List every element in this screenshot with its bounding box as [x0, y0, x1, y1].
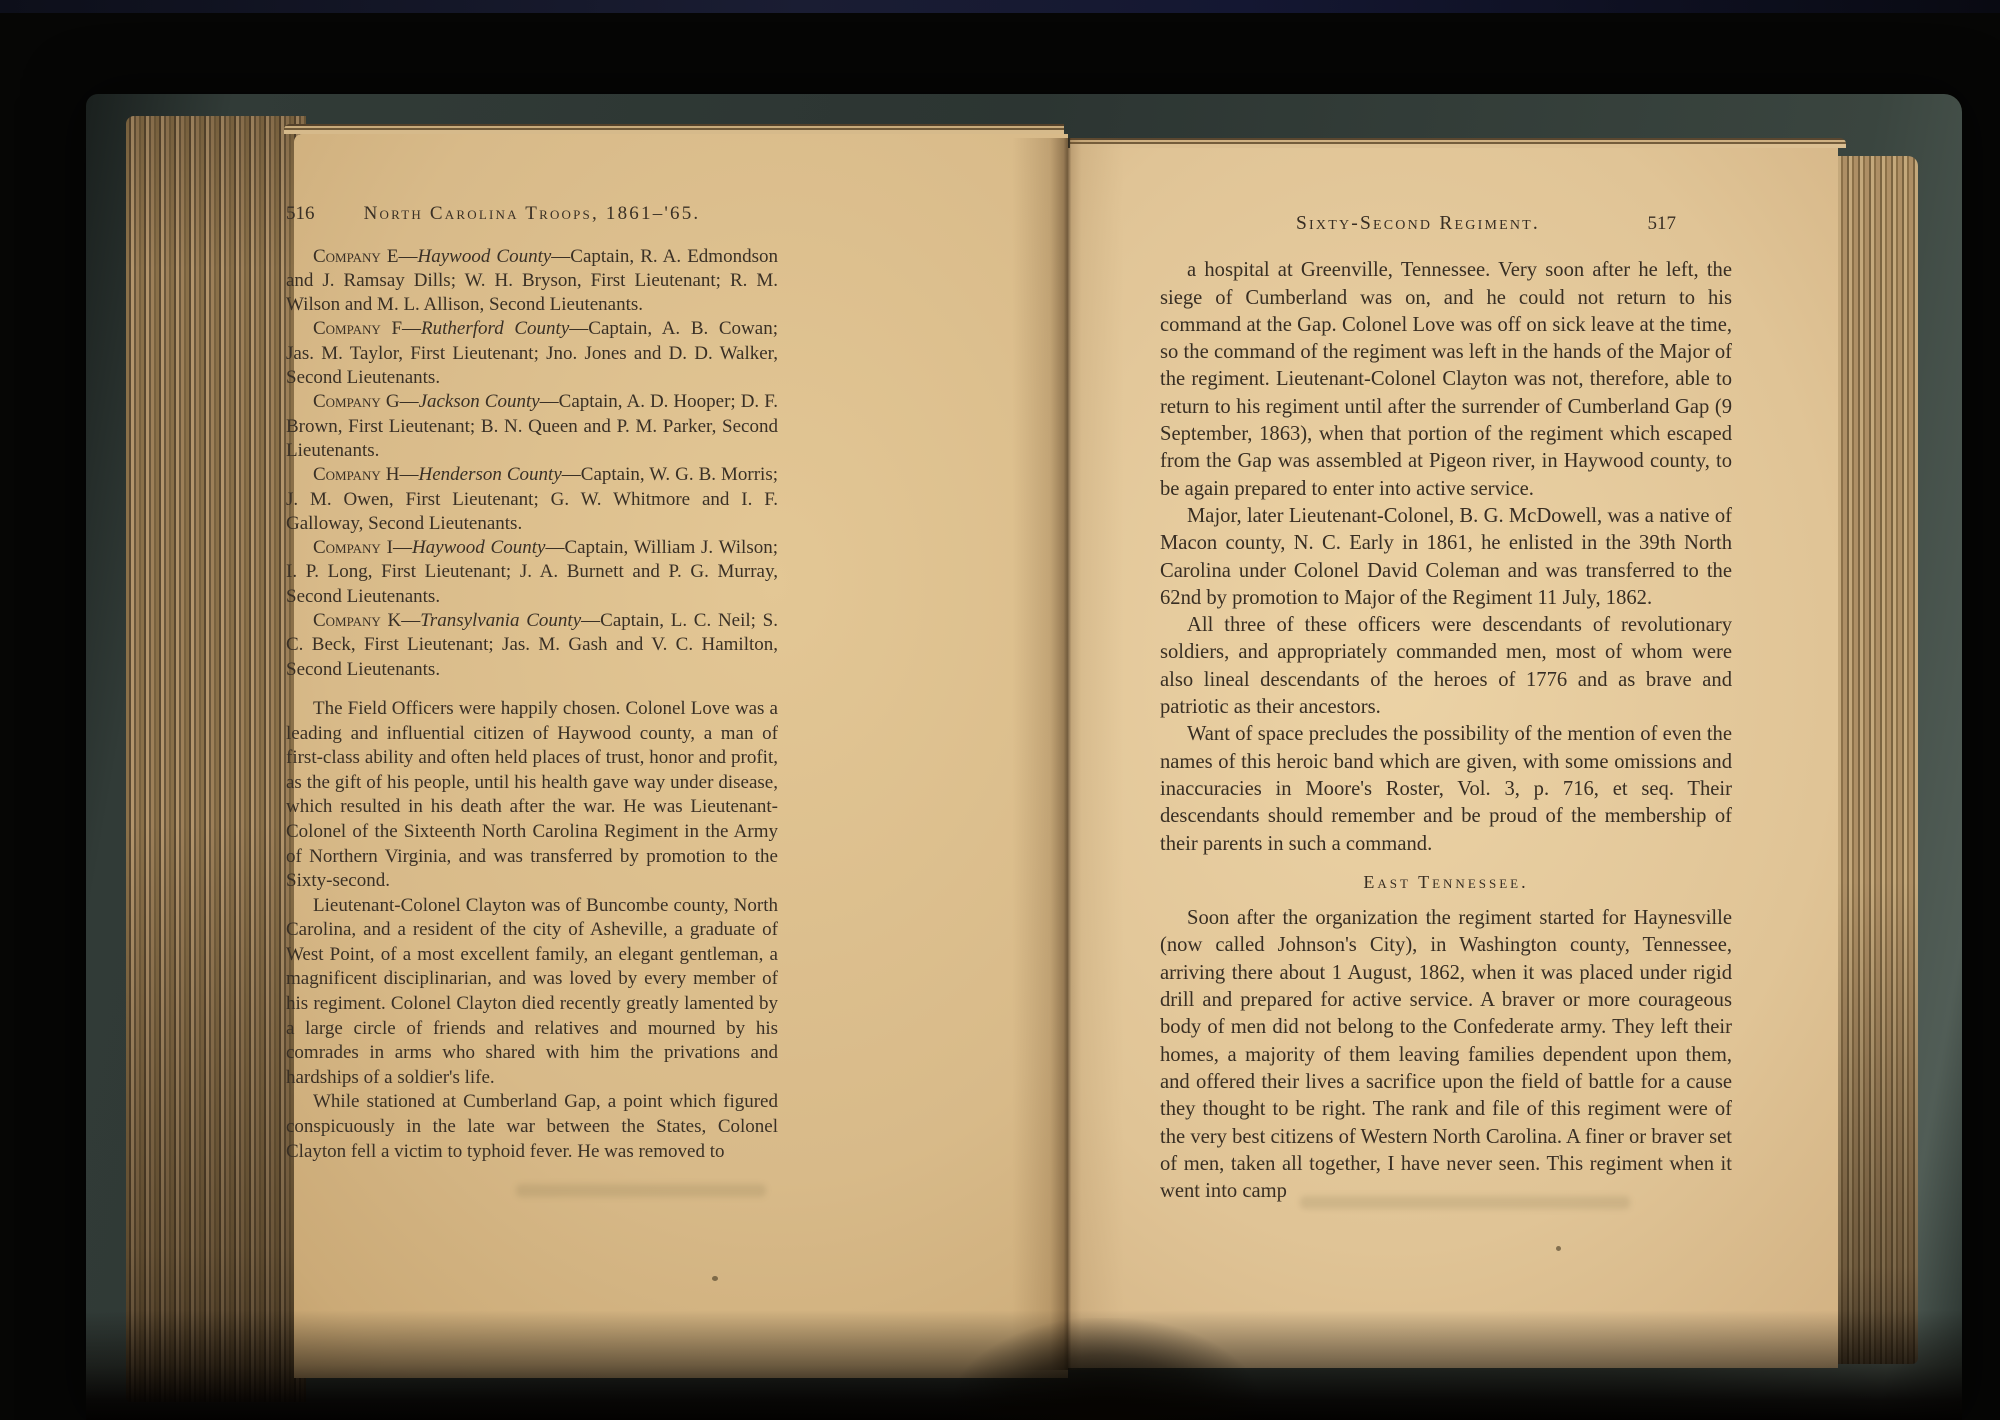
company-county: Haywood County — [418, 246, 552, 267]
em-dash: — — [400, 391, 419, 412]
em-dash: — — [545, 537, 564, 558]
em-dash: — — [400, 464, 419, 485]
em-dash: — — [562, 464, 581, 485]
em-dash: — — [402, 318, 421, 339]
em-dash: — — [393, 537, 412, 558]
ink-bleed-through — [516, 1184, 766, 1197]
em-dash: — — [581, 610, 600, 631]
body-paragraph: All three of these officers were descend… — [1160, 612, 1732, 721]
body-paragraph: While stationed at Cumberland Gap, a poi… — [286, 1090, 778, 1164]
company-list: Company E—Haywood County—Captain, R. A. … — [286, 245, 778, 682]
em-dash: — — [401, 610, 420, 631]
open-book-photo: 516 North Carolina Troops, 1861–'65. Com… — [0, 0, 2000, 1420]
body-paragraph: The Field Officers were happily chosen. … — [286, 697, 778, 894]
left-page-number: 516 — [286, 202, 356, 227]
company-county: Haywood County — [412, 537, 546, 558]
left-running-header: 516 North Carolina Troops, 1861–'65. — [286, 202, 778, 227]
company-county: Transylvania County — [420, 610, 581, 631]
foxing-speck — [712, 1276, 718, 1281]
left-page-text: 516 North Carolina Troops, 1861–'65. Com… — [286, 202, 778, 1164]
right-page-text: Sixty-Second Regiment. 517 a hospital at… — [1160, 210, 1732, 1205]
company-name: Company I — [313, 537, 393, 558]
company-entry: Company K—Transylvania County—Captain, L… — [286, 609, 778, 682]
left-header-title: North Carolina Troops, 1861–'65. — [356, 202, 708, 227]
ink-bleed-through — [1300, 1196, 1630, 1209]
company-entry: Company I—Haywood County—Captain, Willia… — [286, 536, 778, 609]
em-dash: — — [569, 318, 588, 339]
body-paragraph: Major, later Lieutenant-Colonel, B. G. M… — [1160, 503, 1732, 612]
right-running-header: Sixty-Second Regiment. 517 — [1160, 210, 1732, 237]
company-name: Company K — [313, 610, 401, 631]
em-dash: — — [399, 246, 418, 267]
foxing-speck — [1556, 1246, 1561, 1251]
company-entry: Company H—Henderson County—Captain, W. G… — [286, 463, 778, 536]
company-entry: Company G—Jackson County—Captain, A. D. … — [286, 390, 778, 463]
em-dash: — — [551, 246, 570, 267]
company-county: Rutherford County — [421, 318, 569, 339]
company-name: Company G — [313, 391, 400, 412]
background-strip — [0, 0, 2000, 13]
company-county: Henderson County — [419, 464, 562, 485]
right-header-title: Sixty-Second Regiment. — [1230, 210, 1606, 237]
company-county: Jackson County — [419, 391, 540, 412]
body-paragraph: Soon after the organization the regiment… — [1160, 905, 1732, 1205]
body-paragraph: Want of space precludes the possibility … — [1160, 721, 1732, 857]
company-name: Company H — [313, 464, 400, 485]
company-name: Company E — [313, 246, 399, 267]
bottom-shadow — [86, 1310, 1962, 1420]
company-entry: Company E—Haywood County—Captain, R. A. … — [286, 245, 778, 318]
company-entry: Company F—Rutherford County—Captain, A. … — [286, 317, 778, 390]
body-paragraph: a hospital at Greenville, Tennessee. Ver… — [1160, 257, 1732, 503]
page-stack-right — [1838, 156, 1918, 1364]
section-heading: East Tennessee. — [1160, 869, 1732, 896]
right-page-number: 517 — [1606, 210, 1676, 237]
page-stack-left — [126, 116, 306, 1402]
em-dash: — — [540, 391, 559, 412]
book-gutter — [1012, 138, 1124, 1370]
company-name: Company F — [313, 318, 402, 339]
body-paragraph: Lieutenant-Colonel Clayton was of Buncom… — [286, 894, 778, 1091]
